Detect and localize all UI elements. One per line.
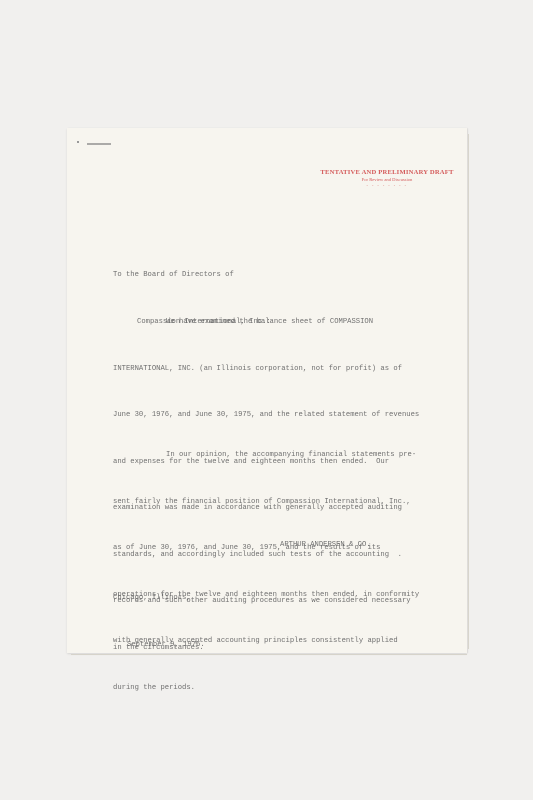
addressee-line-1: To the Board of Directors of bbox=[113, 268, 271, 284]
paragraph-line: In our opinion, the accompanying financi… bbox=[113, 448, 463, 464]
paper-clip-mark bbox=[87, 143, 111, 145]
paragraph-line: We have examined the balance sheet of CO… bbox=[113, 315, 463, 331]
stamp-subtitle: For Review and Discussion bbox=[317, 177, 457, 182]
staple-mark bbox=[77, 141, 79, 143]
paragraph-line: INTERNATIONAL, INC. (an Illinois corpora… bbox=[113, 362, 463, 378]
page-edge bbox=[468, 134, 469, 649]
document-page: TENTATIVE AND PRELIMINARY DRAFT For Revi… bbox=[67, 128, 467, 653]
location-date: Chicago, Illinois, September 9, 1976. bbox=[113, 560, 205, 684]
location-line: Chicago, Illinois, bbox=[113, 591, 205, 607]
stamp-subtitle-2: - - - - - - - - bbox=[317, 183, 457, 188]
stamp-title: TENTATIVE AND PRELIMINARY DRAFT bbox=[317, 169, 457, 176]
draft-stamp: TENTATIVE AND PRELIMINARY DRAFT For Revi… bbox=[317, 169, 457, 188]
date-line: September 9, 1976. bbox=[113, 638, 205, 654]
paragraph-line: sent fairly the financial position of Co… bbox=[113, 495, 463, 511]
signature: ARTHUR ANDERSEN & CO. bbox=[280, 538, 371, 554]
